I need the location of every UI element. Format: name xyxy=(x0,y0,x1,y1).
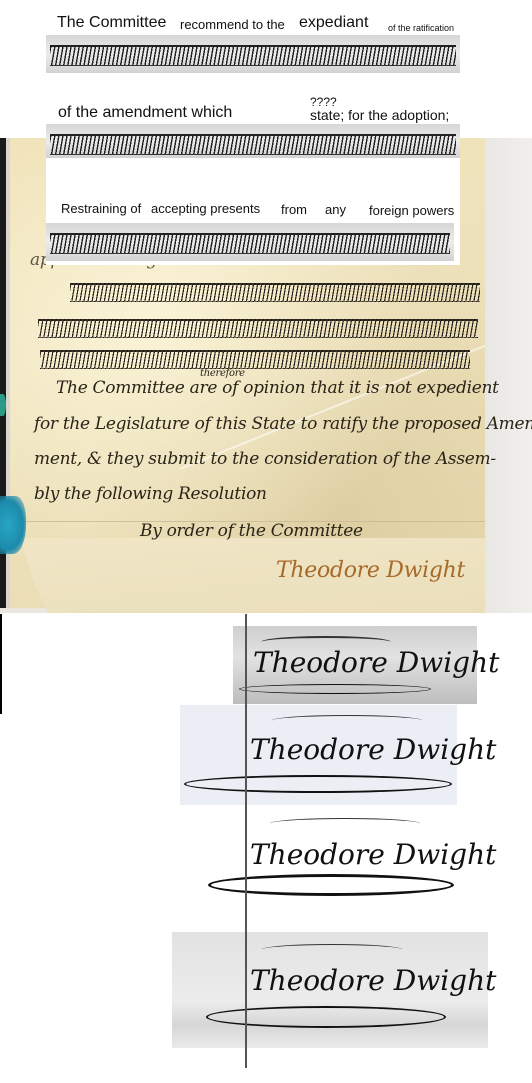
sig2-flourish-top xyxy=(272,715,422,726)
sig1-text: Theodore Dwight xyxy=(253,646,499,679)
struck-line-3 xyxy=(40,350,470,369)
transcription-overlay: The Committee recommend to the expediant… xyxy=(46,10,460,265)
body-line-3: ment, & they submit to the consideration… xyxy=(34,449,496,469)
body-line-4: bly the following Resolution xyxy=(34,484,267,504)
sig4-flourish-top xyxy=(262,944,402,955)
backing-paper xyxy=(485,138,532,613)
sig1-flourish-bottom xyxy=(239,684,431,694)
signature-sample-2: Theodore Dwight xyxy=(180,705,457,805)
teal-wax-stain xyxy=(0,496,26,554)
label-of-the-amendment-which: of the amendment which xyxy=(58,104,232,122)
alignment-guide-line xyxy=(245,614,247,1068)
sig4-text: Theodore Dwight xyxy=(250,964,496,997)
strip-ink-1 xyxy=(50,45,456,66)
strip-ink-2 xyxy=(50,134,456,155)
document-signature: Theodore Dwight xyxy=(276,558,465,583)
label-restraining-of: Restraining of xyxy=(61,201,141,216)
signature-sample-1: Theodore Dwight xyxy=(233,626,477,704)
label-accepting-presents: accepting presents xyxy=(151,201,260,216)
sig2-text: Theodore Dwight xyxy=(250,733,496,766)
handwriting-strip-1 xyxy=(46,35,460,73)
label-state-for-the-adoption: state; for the adoption; xyxy=(310,107,449,123)
closing-line: By order of the Committee xyxy=(140,521,363,541)
label-any: any xyxy=(325,202,346,217)
strip-ink-3 xyxy=(50,233,450,254)
struck-line-2 xyxy=(38,319,478,338)
struck-line-1 xyxy=(70,283,480,302)
signature-sample-3: Theodore Dwight xyxy=(190,808,476,908)
label-foreign-powers: foreign powers xyxy=(369,203,454,218)
body-line-2: for the Legislature of this State to rat… xyxy=(34,414,532,434)
signature-sample-4: Theodore Dwight xyxy=(172,932,488,1048)
body-line-1: The Committee are of opinion that it is … xyxy=(56,378,499,398)
sig3-flourish-top xyxy=(270,818,420,829)
label-from: from xyxy=(281,202,307,217)
sig4-flourish-bottom xyxy=(206,1006,446,1028)
label-expediant: expediant xyxy=(299,14,368,32)
scan-edge-mark xyxy=(0,614,2,714)
label-recommend-to-the: recommend to the xyxy=(180,17,285,32)
handwriting-strip-2 xyxy=(46,124,460,158)
label-of-the-ratification: of the ratification xyxy=(388,23,454,33)
sig2-flourish-bottom xyxy=(184,775,452,793)
label-the-committee: The Committee xyxy=(57,14,166,32)
sig3-text: Theodore Dwight xyxy=(250,838,496,871)
teal-mark xyxy=(0,394,6,416)
label-row-3: Restraining of accepting presents from a… xyxy=(61,200,461,220)
handwriting-strip-3 xyxy=(46,223,454,261)
